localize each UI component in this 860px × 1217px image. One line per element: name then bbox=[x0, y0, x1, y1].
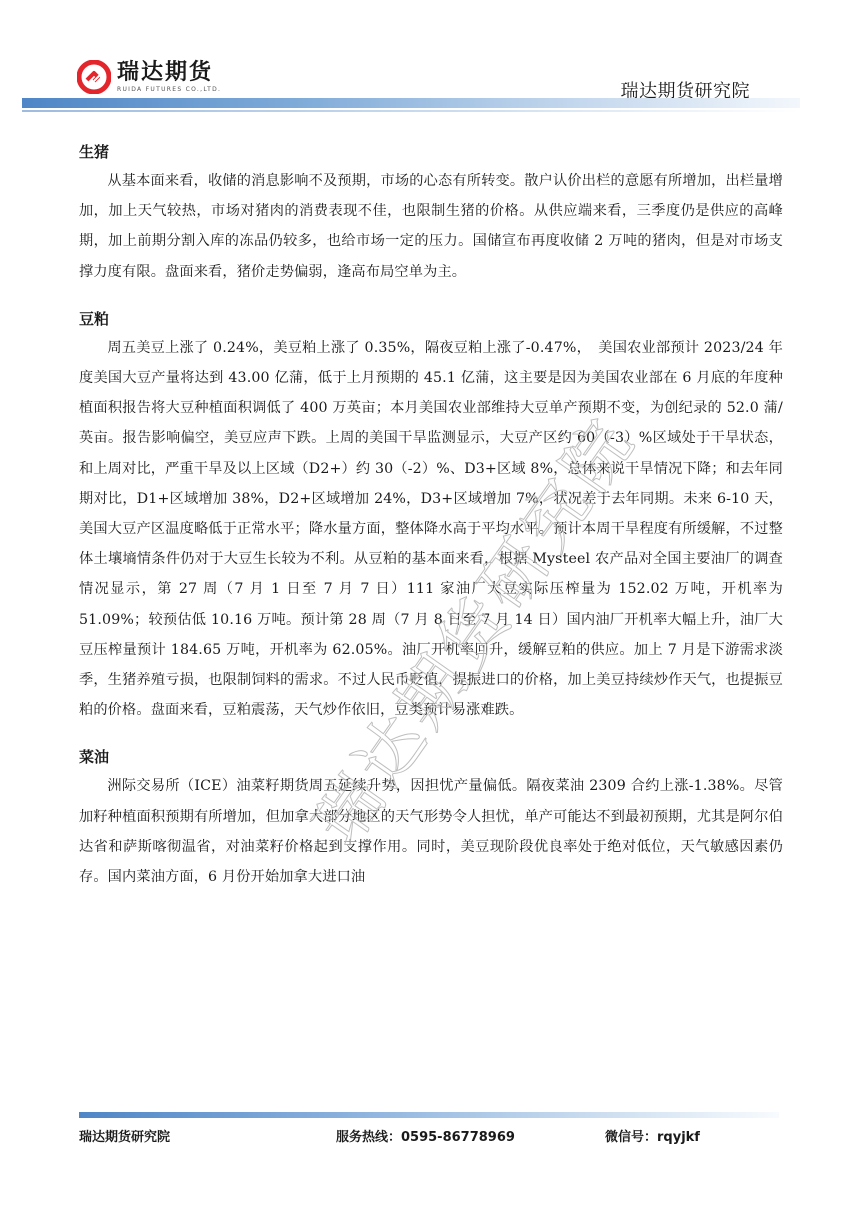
footer-hotline: 服务热线：0595-86778969 bbox=[336, 1126, 515, 1145]
header-divider-line bbox=[22, 110, 800, 112]
section-rapeseed-oil: 菜油 洲际交易所（ICE）油菜籽期货周五延续升势，因担忧产量偏低。隔夜菜油 23… bbox=[79, 743, 783, 892]
company-logo: 瑞达期货 RUIDA FUTURES CO.,LTD. bbox=[77, 60, 221, 94]
section-title: 菜油 bbox=[79, 743, 783, 771]
section-paragraph: 周五美豆上涨了 0.24%，美豆粕上涨了 0.35%，隔夜豆粕上涨了-0.47%… bbox=[79, 333, 783, 726]
section-title: 生猪 bbox=[79, 138, 783, 166]
page-footer: 瑞达期货研究院 服务热线：0595-86778969 微信号：rqyjkf bbox=[79, 1126, 783, 1146]
report-body: 生猪 从基本面来看，收储的消息影响不及预期，市场的心态有所转变。散户认价出栏的意… bbox=[79, 138, 783, 892]
section-soybean-meal: 豆粕 周五美豆上涨了 0.24%，美豆粕上涨了 0.35%，隔夜豆粕上涨了-0.… bbox=[79, 305, 783, 726]
logo-text-cn: 瑞达期货 bbox=[117, 61, 221, 85]
ruida-logo-icon bbox=[77, 60, 111, 94]
section-hog: 生猪 从基本面来看，收储的消息影响不及预期，市场的心态有所转变。散户认价出栏的意… bbox=[79, 138, 783, 287]
section-paragraph: 洲际交易所（ICE）油菜籽期货周五延续升势，因担忧产量偏低。隔夜菜油 2309 … bbox=[79, 771, 783, 892]
footer-divider-bar bbox=[79, 1112, 779, 1118]
page-header: 瑞达期货 RUIDA FUTURES CO.,LTD. 瑞达期货研究院 bbox=[0, 0, 860, 120]
section-paragraph: 从基本面来看，收储的消息影响不及预期，市场的心态有所转变。散户认价出栏的意愿有所… bbox=[79, 166, 783, 287]
header-divider-bar bbox=[22, 98, 800, 108]
footer-org: 瑞达期货研究院 bbox=[79, 1126, 170, 1145]
logo-text-en: RUIDA FUTURES CO.,LTD. bbox=[117, 86, 221, 94]
section-title: 豆粕 bbox=[79, 305, 783, 333]
footer-wechat: 微信号：rqyjkf bbox=[605, 1126, 700, 1145]
